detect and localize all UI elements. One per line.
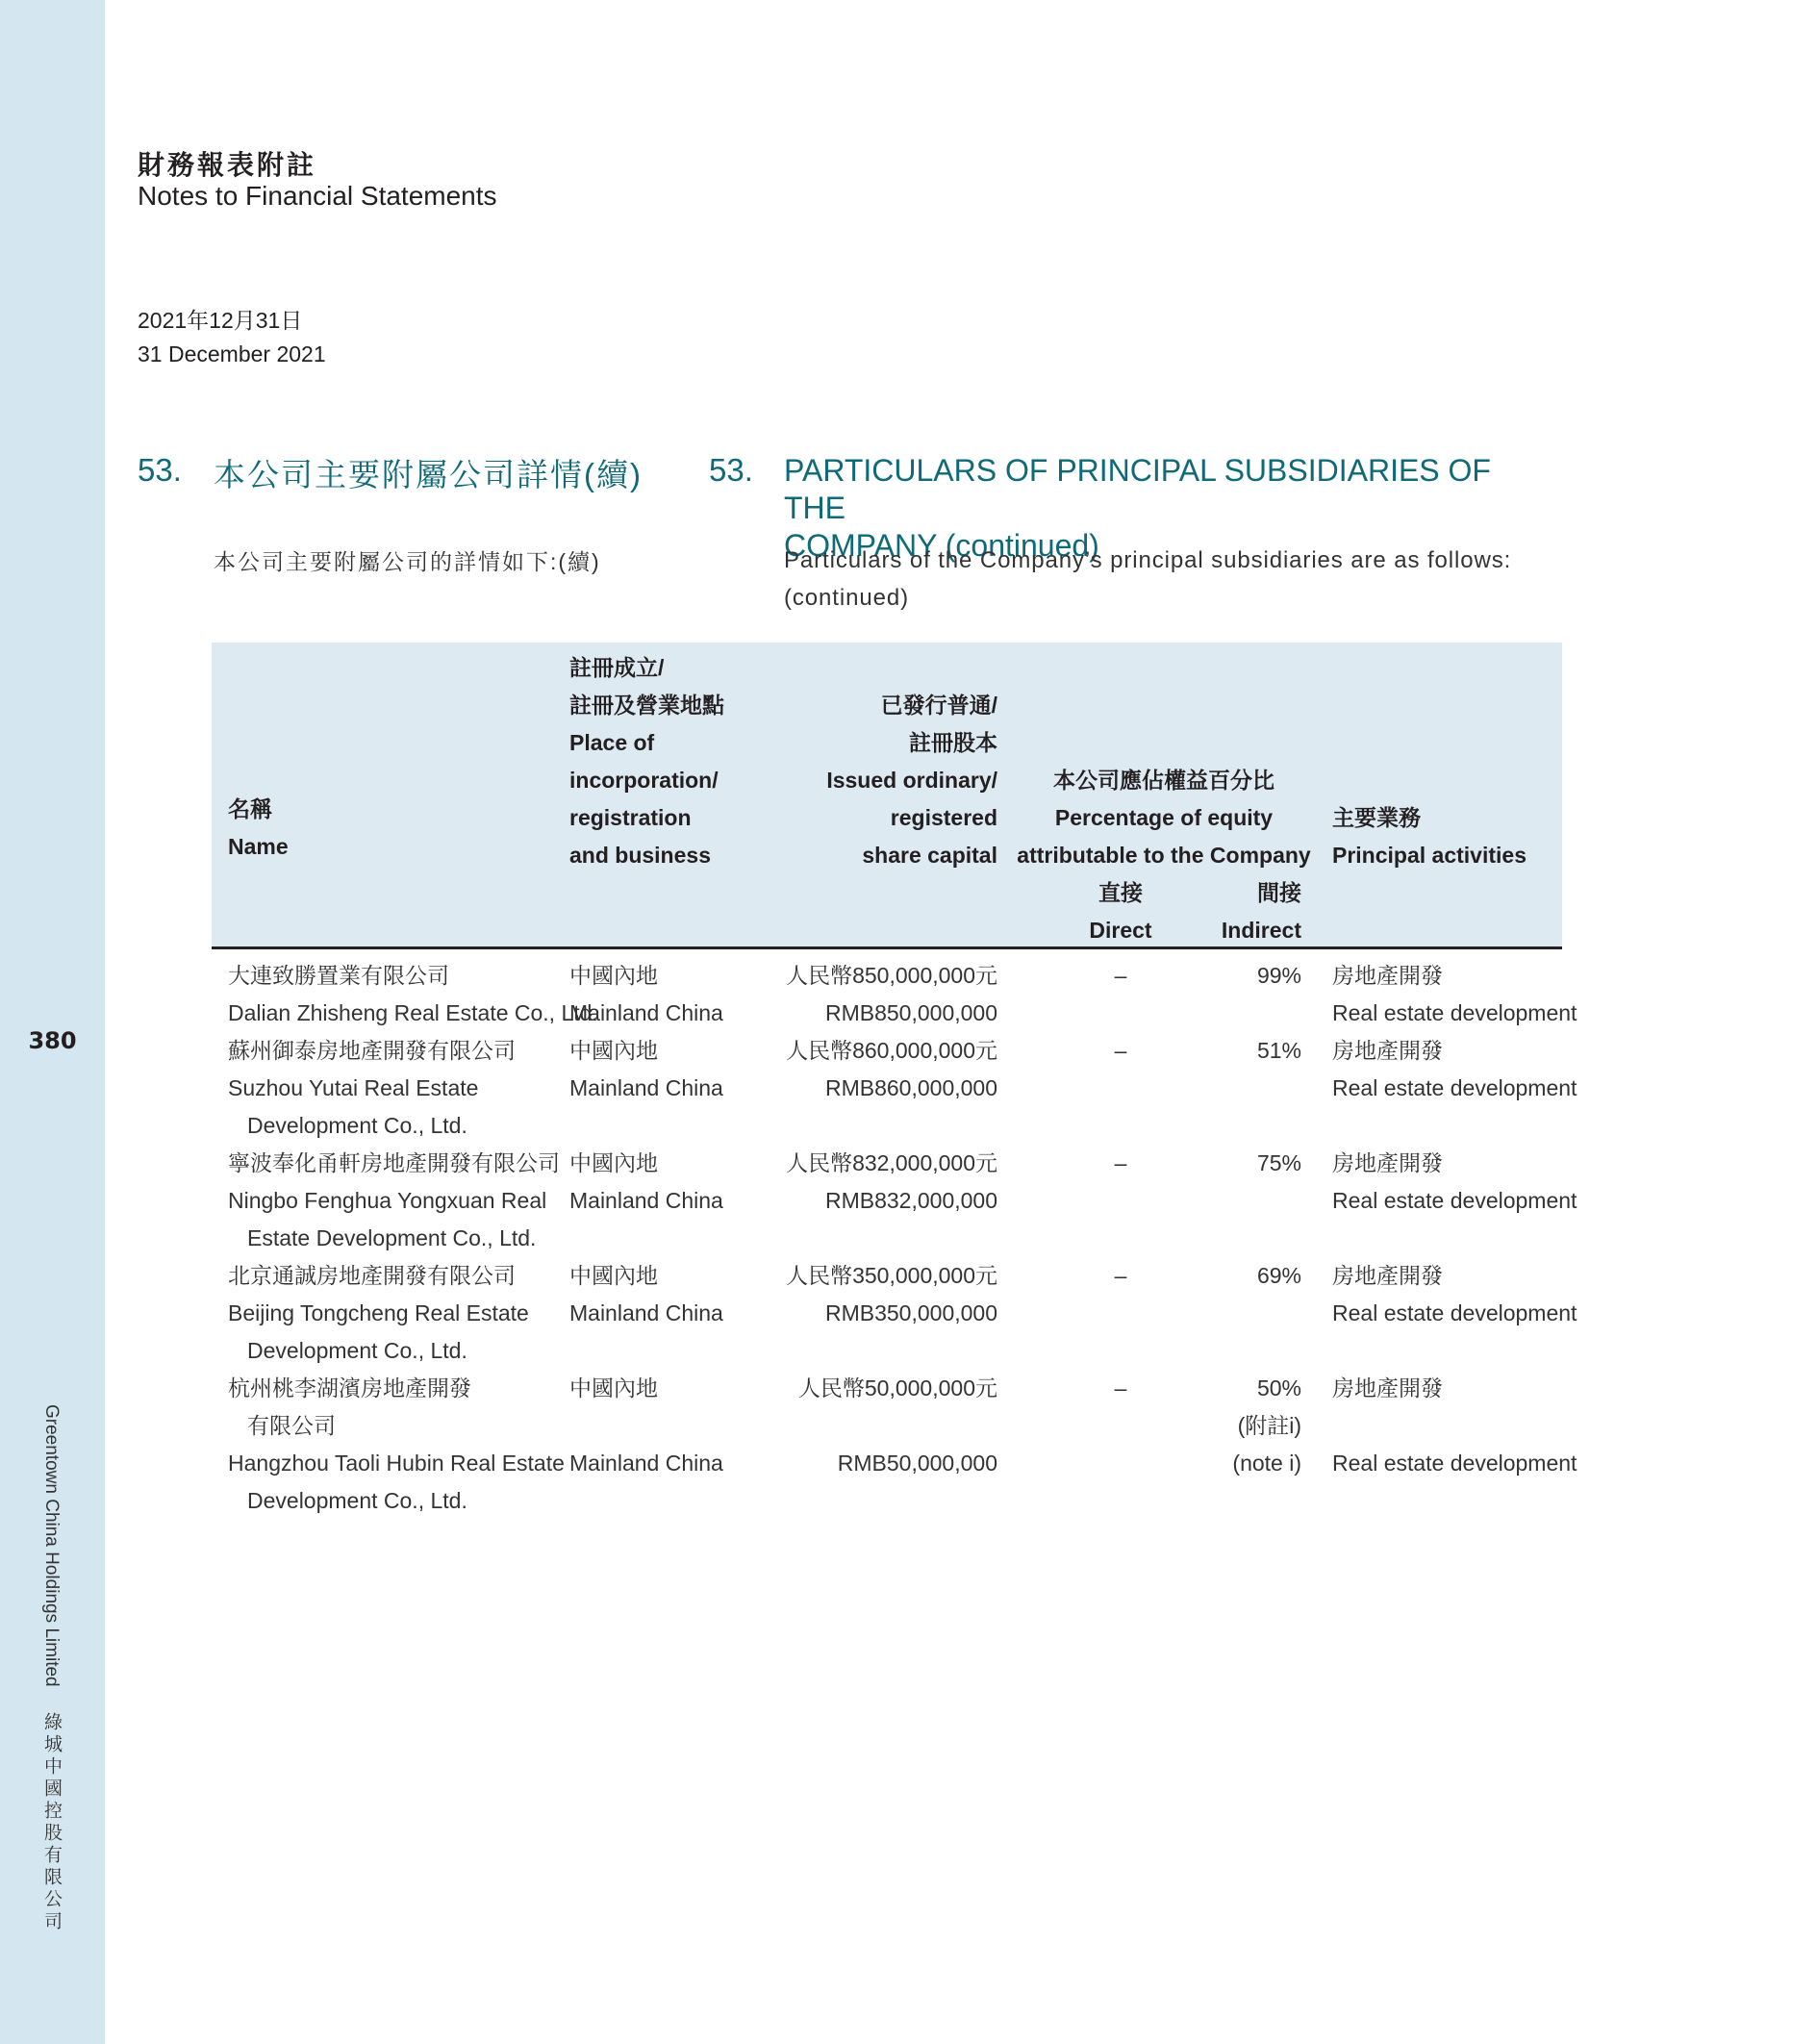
row-0-name-en: Dalian Zhisheng Real Estate Co., Ltd. [228, 995, 598, 1032]
header-capital-cn-2: 註冊股本 [770, 724, 997, 762]
row-1-place-cn: 中國內地 [569, 1032, 658, 1070]
row-2-name-cn: 寧波奉化甬軒房地產開發有限公司 [228, 1145, 560, 1182]
page-header-cn: 財務報表附註 [138, 144, 316, 183]
row-3-direct: – [1077, 1257, 1164, 1295]
row-2-capital-cn: 人民幣832,000,000元 [709, 1145, 997, 1182]
section-intro-cn: 本公司主要附屬公司的詳情如下:(續) [214, 544, 601, 576]
header-equity-en-2: attributable to the Company [1015, 837, 1313, 874]
header-place-en-1: Place of [569, 724, 654, 762]
side-company-name-cn: 綠城中國控股有限公司 [41, 1712, 62, 1933]
header-name-cn: 名稱 [228, 791, 272, 828]
row-1-place-en: Mainland China [569, 1070, 723, 1107]
row-0-place-en: Mainland China [569, 995, 723, 1032]
row-0-direct: – [1077, 957, 1164, 995]
side-company-name: Greentown China Holdings Limited綠城中國控股有限… [38, 1404, 64, 1933]
row-1-indirect: 51% [1193, 1032, 1301, 1070]
row-2-indirect: 75% [1193, 1145, 1301, 1182]
section-title-en-line1: PARTICULARS OF PRINCIPAL SUBSIDIARIES OF… [784, 452, 1553, 527]
row-1-name-cn: 蘇州御泰房地產開發有限公司 [228, 1032, 516, 1070]
row-0-name-cn: 大連致勝置業有限公司 [228, 957, 449, 995]
row-4-direct: – [1077, 1370, 1164, 1407]
row-0-capital-en: RMB850,000,000 [709, 995, 997, 1032]
row-4-name-cn: 有限公司 [228, 1407, 336, 1445]
row-4-capital-en: RMB50,000,000 [709, 1445, 997, 1482]
row-4-place-cn: 中國內地 [569, 1370, 658, 1407]
date-cn: 2021年12月31日 [138, 303, 302, 335]
row-0-capital-cn: 人民幣850,000,000元 [709, 957, 997, 995]
header-place-cn-2: 註冊及營業地點 [569, 687, 724, 724]
row-1-activity-en: Real estate development [1332, 1070, 1577, 1107]
row-3-place-en: Mainland China [569, 1295, 723, 1332]
row-4-place-en: Mainland China [569, 1445, 723, 1482]
header-place-en-2: incorporation/ [569, 762, 719, 799]
row-2-direct: – [1077, 1145, 1164, 1182]
section-number-en: 53. [709, 452, 753, 489]
row-3-name-cn: 北京通誠房地產開發有限公司 [228, 1257, 516, 1295]
row-4-name-cn: 杭州桃李湖濱房地產開發 [228, 1370, 471, 1407]
row-2-activity-cn: 房地產開發 [1332, 1145, 1443, 1182]
row-1-activity-cn: 房地產開發 [1332, 1032, 1443, 1070]
row-3-name-en: Development Co., Ltd. [228, 1332, 467, 1370]
header-direct-cn: 直接 [1077, 874, 1164, 912]
page-header-en: Notes to Financial Statements [138, 181, 497, 212]
row-2-activity-en: Real estate development [1332, 1182, 1577, 1220]
row-1-capital-en: RMB860,000,000 [709, 1070, 997, 1107]
row-4-activity-cn: 房地產開發 [1332, 1370, 1443, 1407]
row-3-place-cn: 中國內地 [569, 1257, 658, 1295]
row-4-activity-en: Real estate development [1332, 1445, 1577, 1482]
row-2-place-en: Mainland China [569, 1182, 723, 1220]
section-number-cn: 53. [138, 452, 182, 489]
row-4-capital-cn: 人民幣50,000,000元 [709, 1370, 997, 1407]
row-4-name-en: Development Co., Ltd. [228, 1482, 467, 1520]
header-activity-cn: 主要業務 [1332, 799, 1421, 837]
header-capital-en-2: registered [770, 799, 997, 837]
row-0-activity-en: Real estate development [1332, 995, 1577, 1032]
side-company-name-en: Greentown China Holdings Limited [41, 1404, 62, 1687]
row-3-capital-cn: 人民幣350,000,000元 [709, 1257, 997, 1295]
header-equity-cn: 本公司應佔權益百分比 [1015, 762, 1313, 799]
row-3-activity-cn: 房地產開發 [1332, 1257, 1443, 1295]
header-name-en: Name [228, 828, 289, 866]
row-1-direct: – [1077, 1032, 1164, 1070]
section-title-cn: 本公司主要附屬公司詳情(續) [214, 450, 643, 495]
row-0-place-cn: 中國內地 [569, 957, 658, 995]
date-en: 31 December 2021 [138, 341, 326, 367]
row-3-activity-en: Real estate development [1332, 1295, 1577, 1332]
header-place-en-4: and business [569, 837, 711, 874]
row-4-name-en: Hangzhou Taoli Hubin Real Estate [228, 1445, 565, 1482]
header-equity-en-1: Percentage of equity [1015, 799, 1313, 837]
page-number: 380 [0, 1027, 105, 1054]
header-capital-cn-1: 已發行普通/ [770, 687, 997, 724]
row-2-capital-en: RMB832,000,000 [709, 1182, 997, 1220]
row-0-activity-cn: 房地產開發 [1332, 957, 1443, 995]
header-capital-en-1: Issued ordinary/ [770, 762, 997, 799]
row-2-name-en: Ningbo Fenghua Yongxuan Real [228, 1182, 546, 1220]
section-intro-en: Particulars of the Company’s principal s… [784, 542, 1553, 617]
header-indirect-en: Indirect [1193, 912, 1301, 949]
row-4-indirect: 50% [1193, 1370, 1301, 1407]
header-place-cn-1: 註冊成立/ [569, 649, 664, 687]
header-place-en-3: registration [569, 799, 692, 837]
section-intro-en-line2: (continued) [784, 579, 1553, 617]
header-capital-en-3: share capital [770, 837, 997, 874]
row-2-name-en: Estate Development Co., Ltd. [228, 1220, 536, 1257]
row-4-indirect-note-cn: (附註i) [1135, 1407, 1301, 1445]
row-1-name-en: Suzhou Yutai Real Estate [228, 1070, 478, 1107]
row-3-name-en: Beijing Tongcheng Real Estate [228, 1295, 529, 1332]
header-activity-en: Principal activities [1332, 837, 1527, 874]
row-4-indirect-note-en: (note i) [1135, 1445, 1301, 1482]
row-0-indirect: 99% [1193, 957, 1301, 995]
row-2-place-cn: 中國內地 [569, 1145, 658, 1182]
row-1-name-en: Development Co., Ltd. [228, 1107, 467, 1145]
header-direct-en: Direct [1077, 912, 1164, 949]
header-indirect-cn: 間接 [1193, 874, 1301, 912]
row-3-indirect: 69% [1193, 1257, 1301, 1295]
row-3-capital-en: RMB350,000,000 [709, 1295, 997, 1332]
section-intro-en-line1: Particulars of the Company’s principal s… [784, 542, 1553, 579]
row-1-capital-cn: 人民幣860,000,000元 [709, 1032, 997, 1070]
